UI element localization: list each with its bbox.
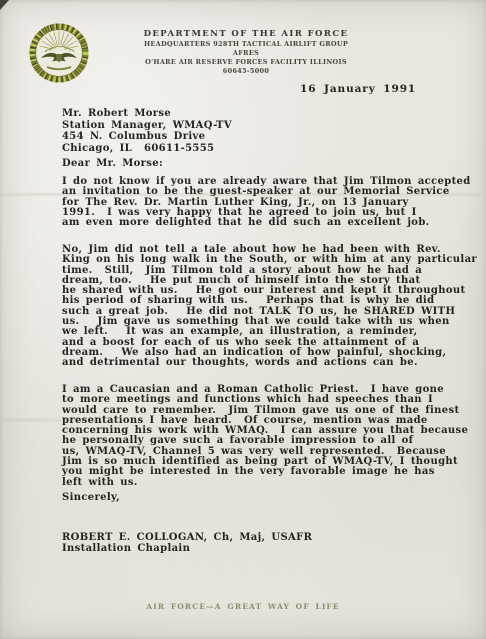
- body-paragraph-2: No, Jim did not tell a tale about how he…: [62, 245, 477, 369]
- body-paragraph-1: I do not know if you are already aware t…: [62, 177, 471, 228]
- signature-name: ROBERT E. COLLOGAN, Ch, Maj, USAFR: [62, 532, 312, 543]
- letterhead: DEPARTMENT OF THE AIR FORCE HEADQUARTERS…: [135, 29, 357, 76]
- air-force-seal-icon: [29, 23, 89, 83]
- closing: Sincerely,: [62, 493, 120, 503]
- footer-motto: AIR FORCE—A GREAT WAY OF LIFE: [0, 602, 486, 611]
- letterhead-facility: O'HARE AIR RESERVE FORCES FACILITY ILLIN…: [135, 58, 357, 76]
- signature-block: ROBERT E. COLLOGAN, Ch, Maj, USAFR Insta…: [62, 532, 312, 554]
- letterhead-department: DEPARTMENT OF THE AIR FORCE: [135, 29, 357, 39]
- letter-date: 16 January 1991: [300, 83, 416, 95]
- recipient-address: Mr. Robert Morse Station Manager, WMAQ-T…: [62, 108, 232, 154]
- signature-title: Installation Chaplain: [62, 543, 190, 554]
- body-paragraph-3: I am a Caucasian and a Roman Catholic Pr…: [62, 385, 468, 488]
- letter-document: DEPARTMENT OF THE AIR FORCE HEADQUARTERS…: [0, 0, 486, 639]
- scan-corner-artifact: [0, 0, 9, 10]
- salutation: Dear Mr. Morse:: [62, 159, 163, 169]
- letterhead-headquarters: HEADQUARTERS 928TH TACTICAL AIRLIFT GROU…: [135, 40, 357, 58]
